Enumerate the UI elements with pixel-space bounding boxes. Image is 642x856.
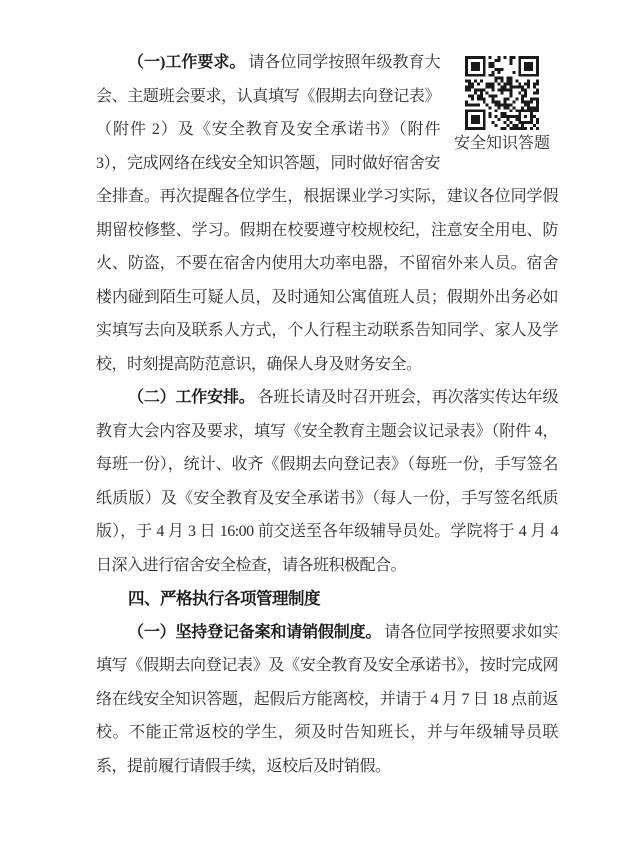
document-page: 安全知识答题 （一)工作要求。请各位同学按照年级教育大会、主题班会要求，认真填写… — [0, 0, 642, 856]
section-heading-management-rules: 四、严格执行各项管理制度 — [96, 582, 558, 616]
paragraph-lead-work-requirements: （一)工作要求。 — [128, 54, 245, 71]
paragraph-registration-leave-rule: （一）坚持登记备案和请销假制度。请各位同学按照要求如实填写《假期去向登记表》及《… — [96, 616, 558, 784]
paragraph-lead-registration-leave-rule: （一）坚持登记备案和请销假制度。 — [128, 624, 381, 641]
paragraph-text-work-arrangement: 各班长请及时召开班会，再次落实传达年级教育大会内容及要求，填写《安全教育主题会议… — [96, 389, 558, 574]
paragraph-work-arrangement: （二）工作安排。各班长请及时召开班会，再次落实传达年级教育大会内容及要求，填写《… — [96, 381, 558, 582]
qr-figure: 安全知识答题 — [446, 56, 558, 155]
paragraph-work-requirements: 安全知识答题 （一)工作要求。请各位同学按照年级教育大会、主题班会要求，认真填写… — [96, 46, 558, 381]
paragraph-lead-work-arrangement: （二）工作安排。 — [128, 389, 255, 406]
paragraph-text-registration-leave-rule: 请各位同学按照要求如实填写《假期去向登记表》及《安全教育及安全承诺书》，按时完成… — [96, 624, 558, 775]
qr-caption: 安全知识答题 — [446, 133, 558, 155]
document-body: 安全知识答题 （一)工作要求。请各位同学按照年级教育大会、主题班会要求，认真填写… — [96, 46, 558, 783]
qr-code — [465, 56, 539, 130]
